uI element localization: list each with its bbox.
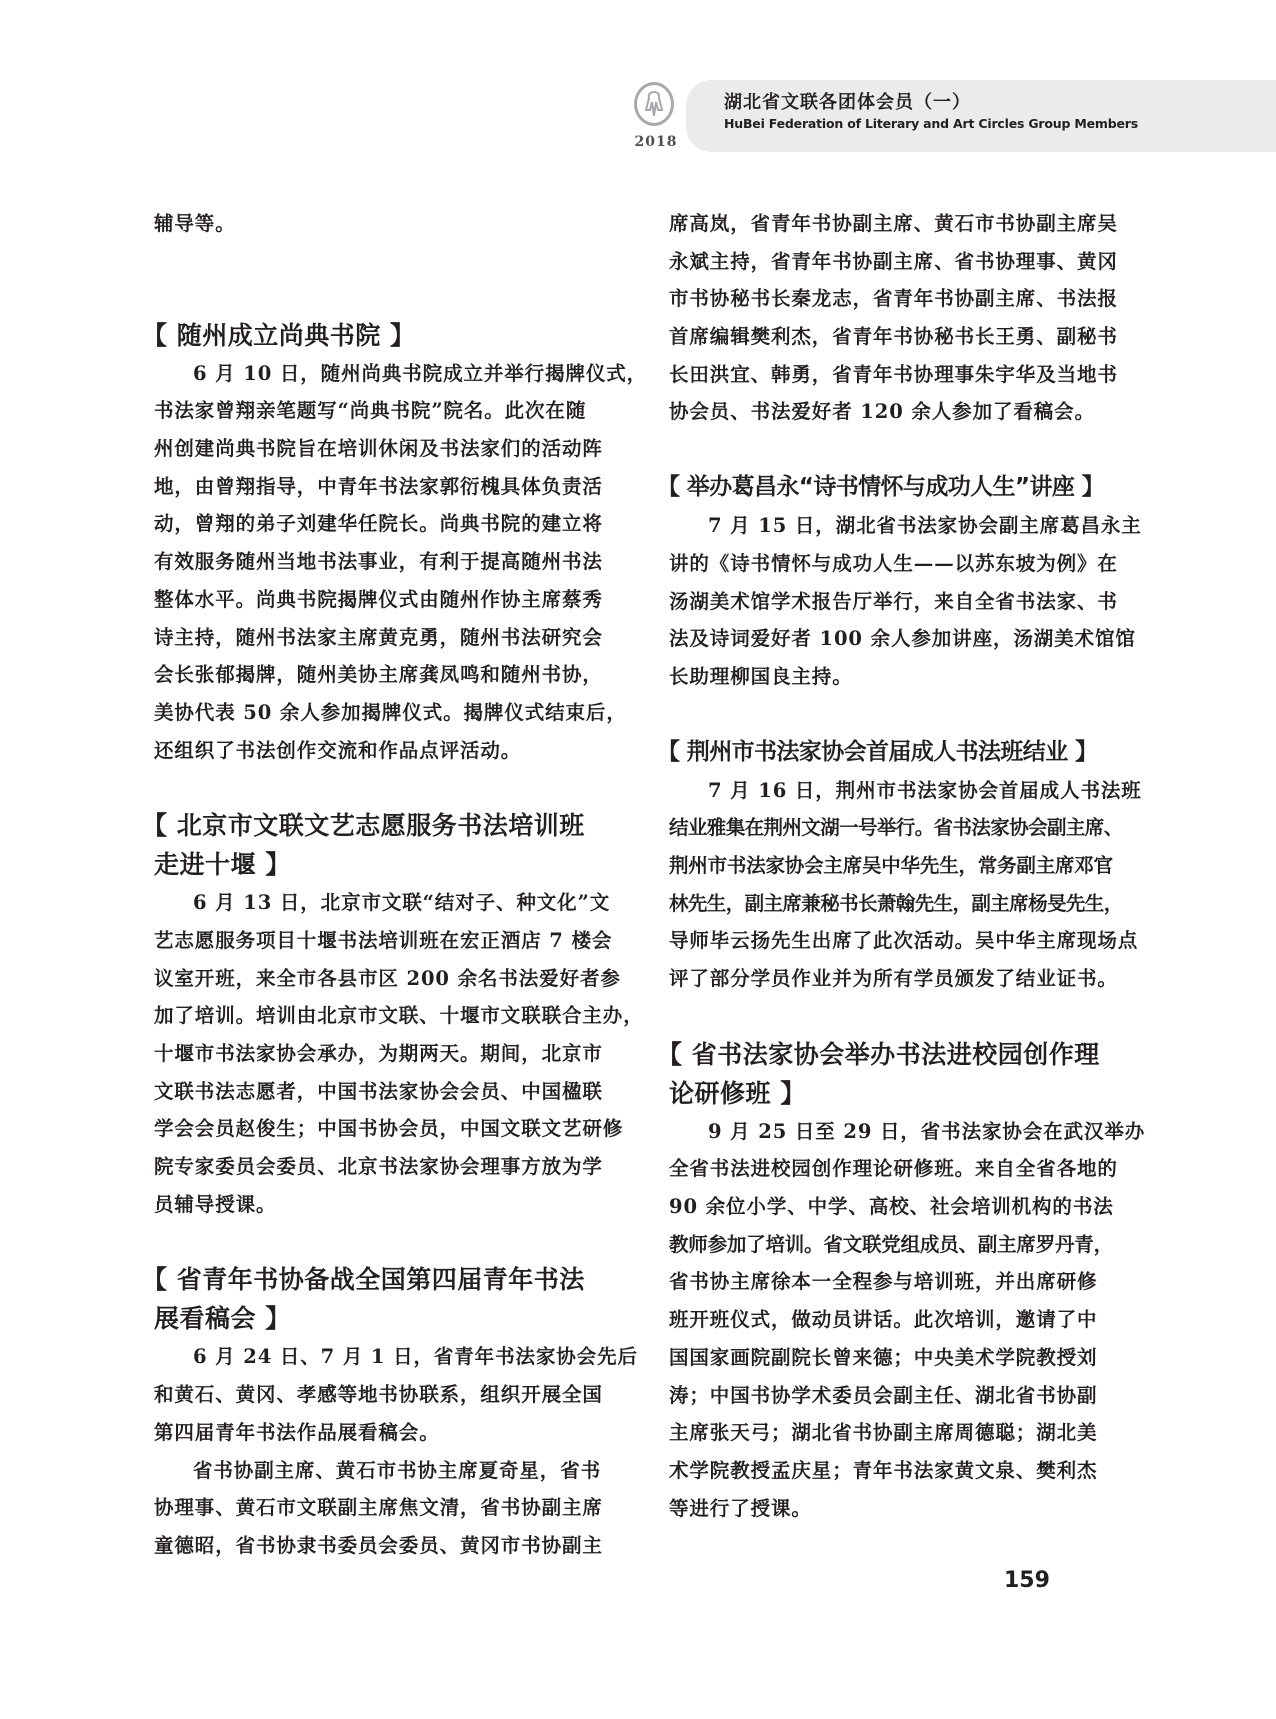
- paragraph-line: 结业雅集在荆州文湖一号举行。省书法家协会副主席、: [669, 809, 1105, 847]
- logo: 2018: [626, 82, 686, 152]
- paragraph-line: 7 月 15 日，湖北省书法家协会副主席葛昌永主: [669, 507, 1105, 545]
- paragraph-line: 荆州市书法家协会主席吴中华先生，常务副主席邓官: [669, 847, 1105, 885]
- paragraph-line: 法及诗词爱好者 100 余人参加讲座，汤湖美术馆馆: [669, 620, 1105, 658]
- paragraph-line: 和黄石、黄冈、孝感等地书协联系，组织开展全国: [154, 1376, 590, 1414]
- logo-year: 2018: [626, 134, 686, 150]
- paragraph-line: 第四届青年书法作品展看稿会。: [154, 1414, 590, 1452]
- paragraph-line: 有效服务随州当地书法事业，有利于提高随州书法: [154, 543, 590, 581]
- paragraph-line: 等进行了授课。: [669, 1490, 1105, 1528]
- paragraph-line: 7 月 16 日，荆州市书法家协会首届成人书法班: [669, 772, 1105, 810]
- paragraph-line: 院专家委员会委员、北京书法家协会理事方放为学: [154, 1148, 590, 1186]
- carryover-line: 席高岚，省青年书协副主席、黄石市书协副主席吴: [669, 205, 1105, 243]
- left-column: 辅导等。 【 随州成立尚典书院 】 6 月 10 日，随州尚典书院成立并举行揭牌…: [154, 205, 590, 1565]
- paragraph-line: 美协代表 50 余人参加揭牌仪式。揭牌仪式结束后，: [154, 694, 590, 732]
- paragraph-line: 书法家曾翔亲笔题写“尚典书院”院名。此次在随: [154, 392, 590, 430]
- logo-figure-icon: [644, 90, 664, 118]
- article-beijing-volunteer: 【 北京市文联文艺志愿服务书法培训班 走进十堰 】 6 月 13 日，北京市文联…: [154, 806, 590, 1223]
- running-header: 2018 湖北省文联各团体会员（一） HuBei Federation of L…: [686, 80, 1276, 150]
- article-heading: 【 北京市文联文艺志愿服务书法培训班: [142, 806, 590, 845]
- paragraph-line: 长助理柳国良主持。: [669, 658, 1105, 696]
- paragraph-line: 童德昭，省书协隶书委员会委员、黄冈市书协副主: [154, 1527, 590, 1565]
- paragraph-line: 主席张天弓；湖北省书协副主席周德聪；湖北美: [669, 1414, 1105, 1452]
- carryover-line: 协会员、书法爱好者 120 余人参加了看稿会。: [669, 393, 1105, 431]
- paragraph-line: 省书协主席徐本一全程参与培训班，并出席研修: [669, 1263, 1105, 1301]
- header-title-en: HuBei Federation of Literary and Art Cir…: [724, 116, 1138, 131]
- article-heading: 【 省青年书协备战全国第四届青年书法: [142, 1260, 590, 1299]
- paragraph-line: 90 余位小学、中学、高校、社会培训机构的书法: [669, 1188, 1105, 1226]
- paragraph-line: 诗主持，随州书法家主席黄克勇，随州书法研究会: [154, 619, 590, 657]
- paragraph-line: 国国家画院副院长曾来德；中央美术学院教授刘: [669, 1339, 1105, 1377]
- article-heading: 【 荆州市书法家协会首届成人书法班结业 】: [657, 733, 1105, 772]
- paragraph-line: 汤湖美术馆学术报告厅举行，来自全省书法家、书: [669, 583, 1105, 621]
- paragraph-line: 6 月 10 日，随州尚典书院成立并举行揭牌仪式，: [154, 355, 590, 393]
- paragraph-line: 还组织了书法创作交流和作品点评活动。: [154, 732, 590, 770]
- header-title-cn: 湖北省文联各团体会员（一）: [724, 88, 971, 114]
- paragraph-line: 加了培训。培训由北京市文联、十堰市文联联合主办，: [154, 997, 590, 1035]
- paragraph-line: 全省书法进校园创作理论研修班。来自全省各地的: [669, 1150, 1105, 1188]
- page-number: 159: [1004, 1568, 1050, 1593]
- paragraph-line: 文联书法志愿者，中国书法家协会会员、中国楹联: [154, 1073, 590, 1111]
- paragraph-line: 导师毕云扬先生出席了此次活动。吴中华主席现场点: [669, 922, 1105, 960]
- article-jingzhou-graduation: 【 荆州市书法家协会首届成人书法班结业 】 7 月 16 日，荆州市书法家协会首…: [669, 733, 1105, 998]
- header-banner: 湖北省文联各团体会员（一） HuBei Federation of Litera…: [686, 80, 1276, 152]
- paragraph-line: 艺志愿服务项目十堰书法培训班在宏正酒店 7 楼会: [154, 922, 590, 960]
- article-lecture-ge-changyong: 【 举办葛昌永“诗书情怀与成功人生”讲座 】 7 月 15 日，湖北省书法家协会…: [669, 468, 1105, 695]
- paragraph-line: 协理事、黄石市文联副主席焦文清，省书协副主席: [154, 1489, 590, 1527]
- right-column: 席高岚，省青年书协副主席、黄石市书协副主席吴 永斌主持，省青年书协副主席、省书协…: [669, 205, 1105, 1527]
- paragraph-line: 涛；中国书协学术委员会副主任、湖北省书协副: [669, 1377, 1105, 1415]
- article-heading-cont: 走进十堰 】: [154, 845, 590, 884]
- article-heading-cont: 展看稿会 】: [154, 1299, 590, 1338]
- carryover-line: 首席编辑樊利杰，省青年书协秘书长王勇、副秘书: [669, 318, 1105, 356]
- paragraph-line: 员辅导授课。: [154, 1186, 590, 1224]
- carryover-line: 长田洪宜、韩勇，省青年书协理事朱宇华及当地书: [669, 356, 1105, 394]
- paragraph-line: 整体水平。尚典书院揭牌仪式由随州作协主席蔡秀: [154, 581, 590, 619]
- article-calligraphy-campus-workshop: 【 省书法家协会举办书法进校园创作理 论研修班 】 9 月 25 日至 29 日…: [669, 1035, 1105, 1528]
- paragraph-line: 6 月 24 日、7 月 1 日，省青年书法家协会先后: [154, 1338, 590, 1376]
- article-heading: 【 随州成立尚典书院 】: [142, 316, 590, 355]
- paragraph-line: 术学院教授孟庆星；青年书法家黄文泉、樊利杰: [669, 1452, 1105, 1490]
- paragraph-line: 班开班仪式，做动员讲话。此次培训，邀请了中: [669, 1301, 1105, 1339]
- article-suizhou: 【 随州成立尚典书院 】 6 月 10 日，随州尚典书院成立并举行揭牌仪式， 书…: [154, 316, 590, 770]
- article-heading-cont: 论研修班 】: [669, 1074, 1105, 1113]
- article-heading: 【 省书法家协会举办书法进校园创作理: [657, 1035, 1105, 1074]
- paragraph-line: 州创建尚典书院旨在培训休闲及书法家们的活动阵: [154, 430, 590, 468]
- paragraph-line: 6 月 13 日，北京市文联“结对子、种文化”文: [154, 884, 590, 922]
- paragraph-line: 9 月 25 日至 29 日，省书法家协会在武汉举办: [669, 1113, 1105, 1151]
- paragraph-line: 会长张郁揭牌，随州美协主席龚凤鸣和随州书协，: [154, 656, 590, 694]
- paragraph-line: 评了部分学员作业并为所有学员颁发了结业证书。: [669, 960, 1105, 998]
- paragraph-line: 地，由曾翔指导，中青年书法家郭衍槐具体负责活: [154, 468, 590, 506]
- paragraph-line: 十堰市书法家协会承办，为期两天。期间，北京市: [154, 1035, 590, 1073]
- paragraph-line: 议室开班，来全市各县市区 200 余名书法爱好者参: [154, 960, 590, 998]
- carryover-line: 永斌主持，省青年书协副主席、省书协理事、黄冈: [669, 243, 1105, 281]
- paragraph-line: 省书协副主席、黄石市书协主席夏奇星，省书: [154, 1452, 590, 1490]
- paragraph-line: 动，曾翔的弟子刘建华任院长。尚典书院的建立将: [154, 505, 590, 543]
- paragraph-line: 林先生，副主席兼秘书长萧翰先生，副主席杨旻先生，: [669, 885, 1105, 923]
- carryover-line: 市书协秘书长秦龙志，省青年书协副主席、书法报: [669, 280, 1105, 318]
- carryover-line: 辅导等。: [154, 205, 590, 243]
- paragraph-line: 讲的《诗书情怀与成功人生——以苏东坡为例》在: [669, 545, 1105, 583]
- article-heading: 【 举办葛昌永“诗书情怀与成功人生”讲座 】: [657, 468, 1105, 507]
- article-youth-calligraphy-review: 【 省青年书协备战全国第四届青年书法 展看稿会 】 6 月 24 日、7 月 1…: [154, 1260, 590, 1564]
- paragraph-line: 学会会员赵俊生；中国书协会员，中国文联文艺研修: [154, 1110, 590, 1148]
- paragraph-line: 教师参加了培训。省文联党组成员、副主席罗丹青，: [669, 1226, 1105, 1264]
